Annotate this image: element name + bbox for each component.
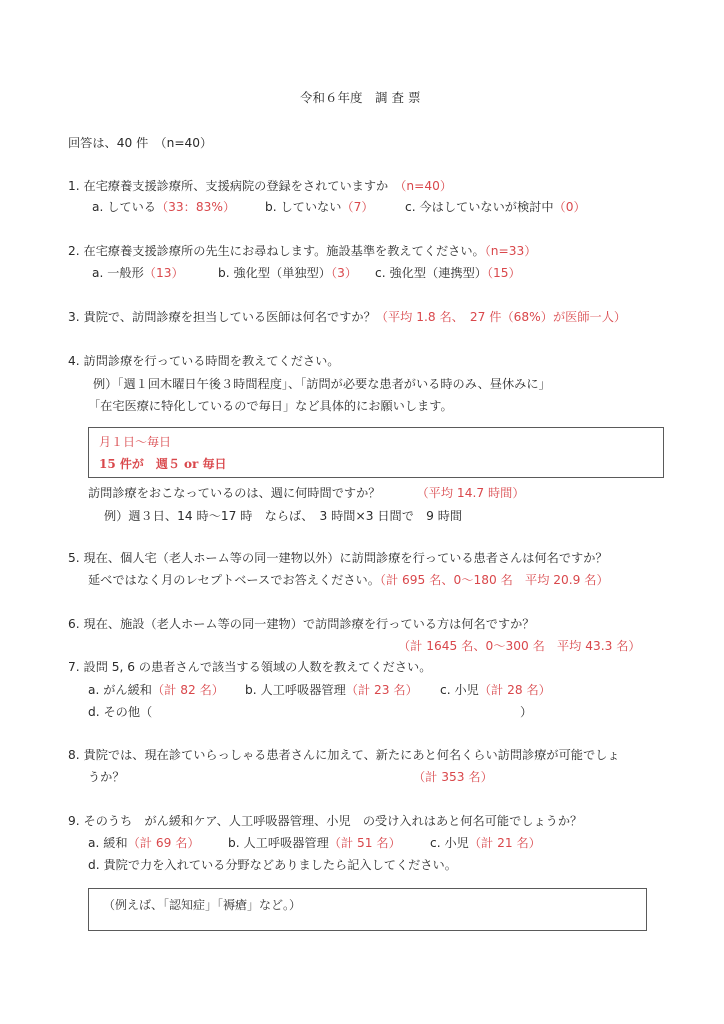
question-3: 3. 貴院で、訪問診療を担当している医師は何名ですか？（平均 1.8 名、 27… [68,311,626,323]
option-b: b. していない（7） [265,201,374,213]
option-result: （計 28 名） [479,683,551,697]
example-line-2: 「在宅医療に特化しているので毎日」など具体的にお願いします。 [88,400,453,412]
option-a: a. 一般形（13） [92,267,184,279]
question-text: 4. 訪問診療を行っている時間を教えてください。 [68,355,339,367]
option-b: b. 強化型（単独型）（3） [218,267,357,279]
question-result: （計 353 名） [413,771,493,783]
question-text-line-2: 延べではなく月のレセプトベースでお答えください。（計 695 名、0～180 名… [88,574,609,586]
answer-line-1: 月１日～毎日 [99,436,171,448]
sub-question: 訪問診療をおこなっているのは、週に何時間ですか？（平均 14.7 時間） [88,487,525,499]
option-label: b. 人工呼吸器管理 [228,836,329,850]
question-text-line-2: うか？ [88,771,125,783]
sub-question-result: （平均 14.7 時間） [417,486,525,500]
option-result: （15） [487,266,521,280]
example-line-1: 例）「週１回木曜日午後３時間程度」、「訪問が必要な患者がいる時のみ、昼休みに」 [93,378,551,390]
answer-box-placeholder: （例えば、「認知症」「褥瘡」など。） [103,899,301,911]
question-text: 9. そのうち がん緩和ケア、人工呼吸器管理、小児 の受け入れはあと何名可能でし… [68,815,582,827]
option-result: （7） [341,200,373,214]
option-label: a. 緩和 [88,836,128,850]
answer-line-2: 15 件が 週５ or 毎日 [99,458,227,470]
question-text: 3. 貴院で、訪問診療を担当している医師は何名ですか？ [68,310,376,324]
question-text: 8. 貴院では、現在診ていらっしゃる患者さんに加えて、新たにあと何名くらい訪問診… [68,749,620,761]
option-label: c. 強化型（連携型） [375,266,487,280]
option-result: （3） [331,266,357,280]
question-text: 5. 現在、個人宅（老人ホーム等の同一建物以外）に訪問診療を行っている患者さんは… [68,552,608,564]
option-c: c. 強化型（連携型）（15） [375,267,521,279]
option-label: c. 小児 [430,836,469,850]
option-label: a. がん緩和 [88,683,152,697]
option-result: （0） [554,200,586,214]
option-a: a. 緩和（計 69 名） [88,837,200,849]
option-result: （33：83%） [156,200,235,214]
option-label: a. している [92,200,156,214]
sub-example: 例）週３日、14 時～17 時 ならば、 3 時間×3 日間で 9 時間 [104,510,462,522]
option-label: b. 強化型（単独型） [218,266,331,280]
question-result: （計 1645 名、0～300 名 平均 43.3 名） [398,640,641,652]
option-result: （計 23 名） [346,683,418,697]
option-a: a. がん緩和（計 82 名） [88,684,224,696]
question-text: 6. 現在、施設（老人ホーム等の同一建物）で訪問診療を行っている方は何名ですか？ [68,618,534,630]
page-title: 令和６年度 調 査 票 [300,92,420,105]
question-result: （計 695 名、0～180 名 平均 20.9 名） [380,573,609,587]
option-result: （計 21 名） [469,836,541,850]
question-text-cont: 延べではなく月のレセプトベースでお答えください。 [88,573,380,587]
free-text-answer-box[interactable]: （例えば、「認知症」「褥瘡」など。） [88,888,647,931]
question-result: （平均 1.8 名、 27 件（68%）が医師一人） [376,310,626,324]
response-summary: 回答は、40 件 （n=40） [68,137,212,149]
option-label: a. 一般形 [92,266,144,280]
option-result: （計 51 名） [329,836,401,850]
option-d: d. 貴院で力を入れている分野などありましたら記入してください。 [88,859,457,871]
question-text: 1. 在宅療養支援診療所、支援病院の登録をされていますか [68,179,388,193]
option-c: c. 今はしていないが検討中（0） [405,201,586,213]
option-c: c. 小児（計 21 名） [430,837,541,849]
option-d-close: ） [520,706,532,718]
option-label: c. 今はしていないが検討中 [405,200,554,214]
option-b: b. 人工呼吸器管理（計 51 名） [228,837,401,849]
question-text: 2. 在宅療養支援診療所の先生にお尋ねします。施設基準を教えてください。 [68,244,485,258]
sub-question-text: 訪問診療をおこなっているのは、週に何時間ですか？ [88,486,381,500]
option-label: b. 人工呼吸器管理 [245,683,346,697]
option-a: a. している（33：83%） [92,201,235,213]
option-label: b. していない [265,200,341,214]
question-result: （n=40） [394,179,452,193]
option-d-other: d. その他（ [88,706,152,718]
question-result: （n=33） [485,244,537,258]
option-result: （13） [144,266,184,280]
answer-box: 月１日～毎日 15 件が 週５ or 毎日 [88,427,664,478]
option-result: （計 69 名） [128,836,200,850]
option-b: b. 人工呼吸器管理（計 23 名） [245,684,418,696]
option-label: c. 小児 [440,683,479,697]
option-result: （計 82 名） [152,683,224,697]
question-text: 7. 設問 5, 6 の患者さんで該当する領域の人数を教えてください。 [68,661,431,673]
option-c: c. 小児（計 28 名） [440,684,551,696]
